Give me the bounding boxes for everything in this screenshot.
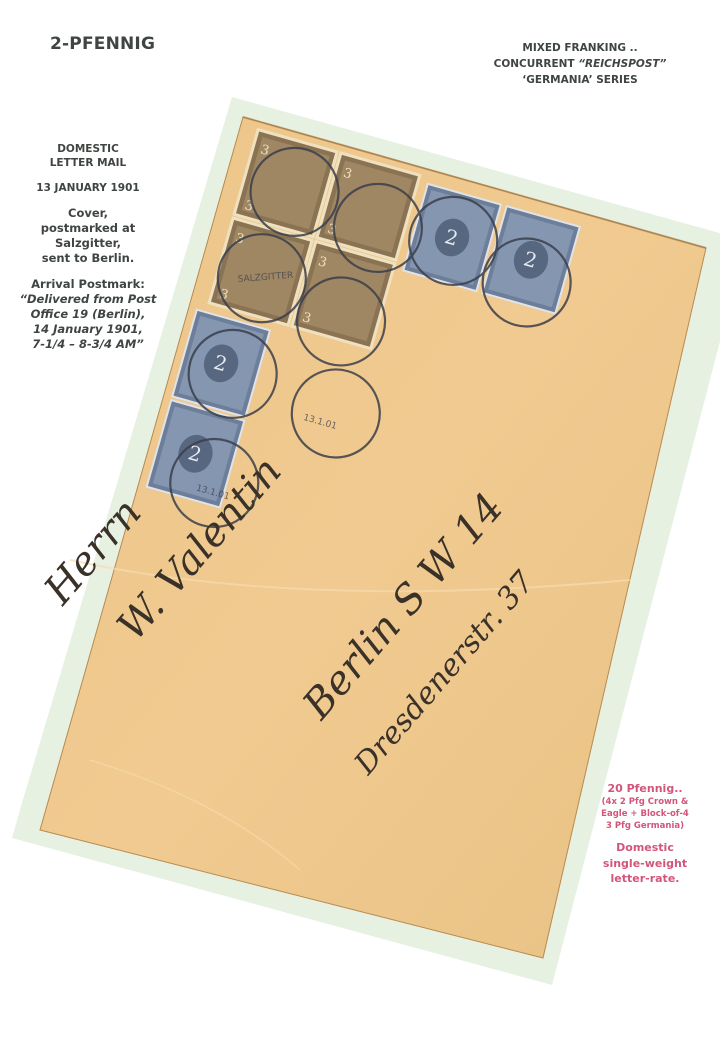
category-line: DOMESTIC bbox=[8, 142, 168, 156]
detail-line: Eagle + Block-of-4 bbox=[582, 808, 708, 820]
detail-line: 3 Pfg Germania) bbox=[582, 820, 708, 832]
origin-line: postmarked at bbox=[8, 221, 168, 236]
arrival-line: Office 19 (Berlin), bbox=[8, 307, 168, 322]
detail-line: (4x 2 Pfg Crown & bbox=[582, 796, 708, 808]
rate-line: Domestic bbox=[582, 840, 708, 856]
origin-line: sent to Berlin. bbox=[8, 251, 168, 266]
mail-category: DOMESTIC LETTER MAIL bbox=[8, 142, 168, 170]
franking-note-line2: CONCURRENT “REICHSPOST” bbox=[460, 56, 700, 72]
page-title: 2-PFENNIG bbox=[50, 34, 155, 54]
cover-description: DOMESTIC LETTER MAIL 13 JANUARY 1901 Cov… bbox=[8, 142, 168, 363]
rate-description: Domestic single-weight letter-rate. bbox=[582, 840, 708, 887]
cover-origin: Cover, postmarked at Salzgitter, sent to… bbox=[8, 206, 168, 266]
rate-line: single-weight bbox=[582, 856, 708, 872]
franking-note-line3: ‘GERMANIA’ SERIES bbox=[460, 72, 700, 88]
franking-note-line1: MIXED FRANKING .. bbox=[460, 40, 700, 56]
arrival-line: “Delivered from Post bbox=[8, 292, 168, 307]
postage-amount: 20 Pfennig.. bbox=[582, 782, 708, 796]
franking-note-prefix: CONCURRENT bbox=[494, 58, 579, 70]
franking-note: MIXED FRANKING .. CONCURRENT “REICHSPOST… bbox=[460, 40, 700, 88]
franking-note-italic: “REICHSPOST” bbox=[578, 58, 666, 70]
rate-annotation: 20 Pfennig.. (4x 2 Pfg Crown & Eagle + B… bbox=[582, 782, 708, 887]
origin-line: Cover, bbox=[8, 206, 168, 221]
origin-line: Salzgitter, bbox=[8, 236, 168, 251]
cover-date: 13 JANUARY 1901 bbox=[8, 181, 168, 195]
arrival-postmark: Arrival Postmark: “Delivered from Post O… bbox=[8, 277, 168, 352]
rate-line: letter-rate. bbox=[582, 871, 708, 887]
arrival-line: 14 January 1901, bbox=[8, 322, 168, 337]
arrival-label: Arrival Postmark: bbox=[8, 277, 168, 292]
arrival-line: 7-1/4 – 8-3/4 AM” bbox=[8, 337, 168, 352]
category-line: LETTER MAIL bbox=[8, 156, 168, 170]
postage-detail: (4x 2 Pfg Crown & Eagle + Block-of-4 3 P… bbox=[582, 796, 708, 832]
